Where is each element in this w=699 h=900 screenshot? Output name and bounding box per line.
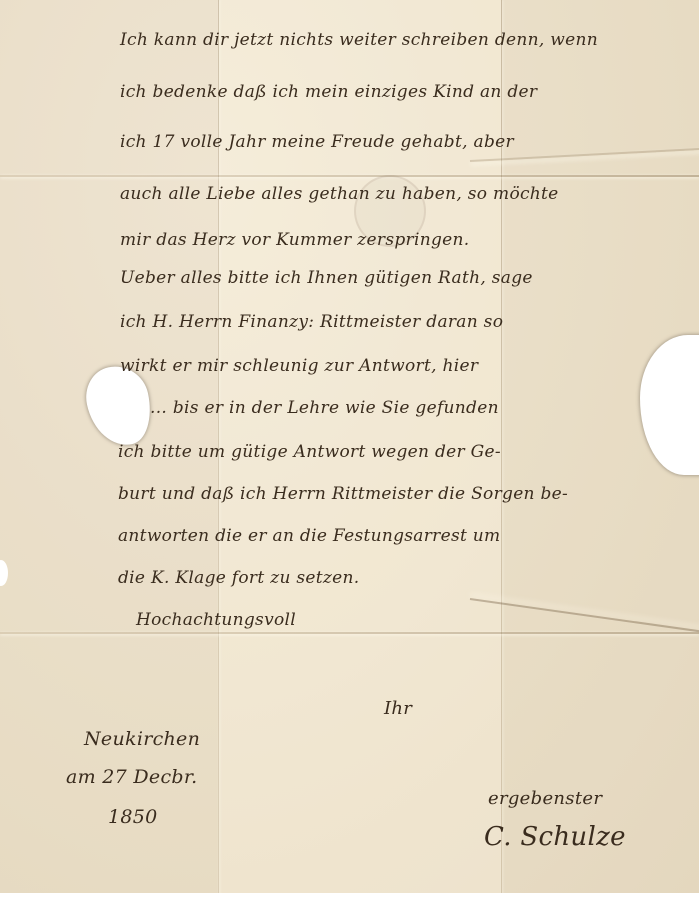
letter-page: Ich kann dir jetzt nichts weiter schreib…	[0, 0, 699, 900]
horizontal-fold-line	[0, 632, 699, 634]
date-line: am 27 Decbr.	[66, 766, 198, 788]
letter-line: ich bitte um gütige Antwort wegen der Ge…	[118, 442, 501, 462]
place-name: Neukirchen	[84, 728, 200, 750]
letter-line: antworten die er an die Festungsarrest u…	[118, 526, 500, 546]
letter-line: ich 17 volle Jahr meine Freude gehabt, a…	[120, 132, 514, 152]
letter-line: wirkt er mir schleunig zur Antwort, hier	[120, 356, 478, 376]
letter-line: die K. Klage fort zu setzen.	[118, 568, 360, 588]
letter-line: burt und daß ich Herrn Rittmeister die S…	[118, 484, 568, 504]
valediction: ergebenster	[488, 788, 602, 809]
letter-line: ich H. Herrn Finanzy: Rittmeister daran …	[120, 312, 503, 332]
signature: C. Schulze	[484, 822, 626, 852]
closing-pronoun: Ihr	[384, 698, 412, 719]
paper-bottom-edge	[0, 893, 699, 900]
letter-line: auch alle Liebe alles gethan zu haben, s…	[120, 184, 559, 204]
closing-phrase: Hochachtungsvoll	[136, 610, 296, 630]
letter-line: mir das Herz vor Kummer zerspringen.	[120, 230, 469, 250]
horizontal-fold-line	[0, 175, 699, 177]
date-year: 1850	[108, 806, 158, 828]
letter-line: ich bedenke daß ich mein einziges Kind a…	[120, 82, 537, 102]
letter-line: ... bis er in der Lehre wie Sie gefunden	[150, 398, 499, 418]
letter-line: Ueber alles bitte ich Ihnen gütigen Rath…	[120, 268, 533, 288]
letter-line: Ich kann dir jetzt nichts weiter schreib…	[120, 30, 598, 50]
